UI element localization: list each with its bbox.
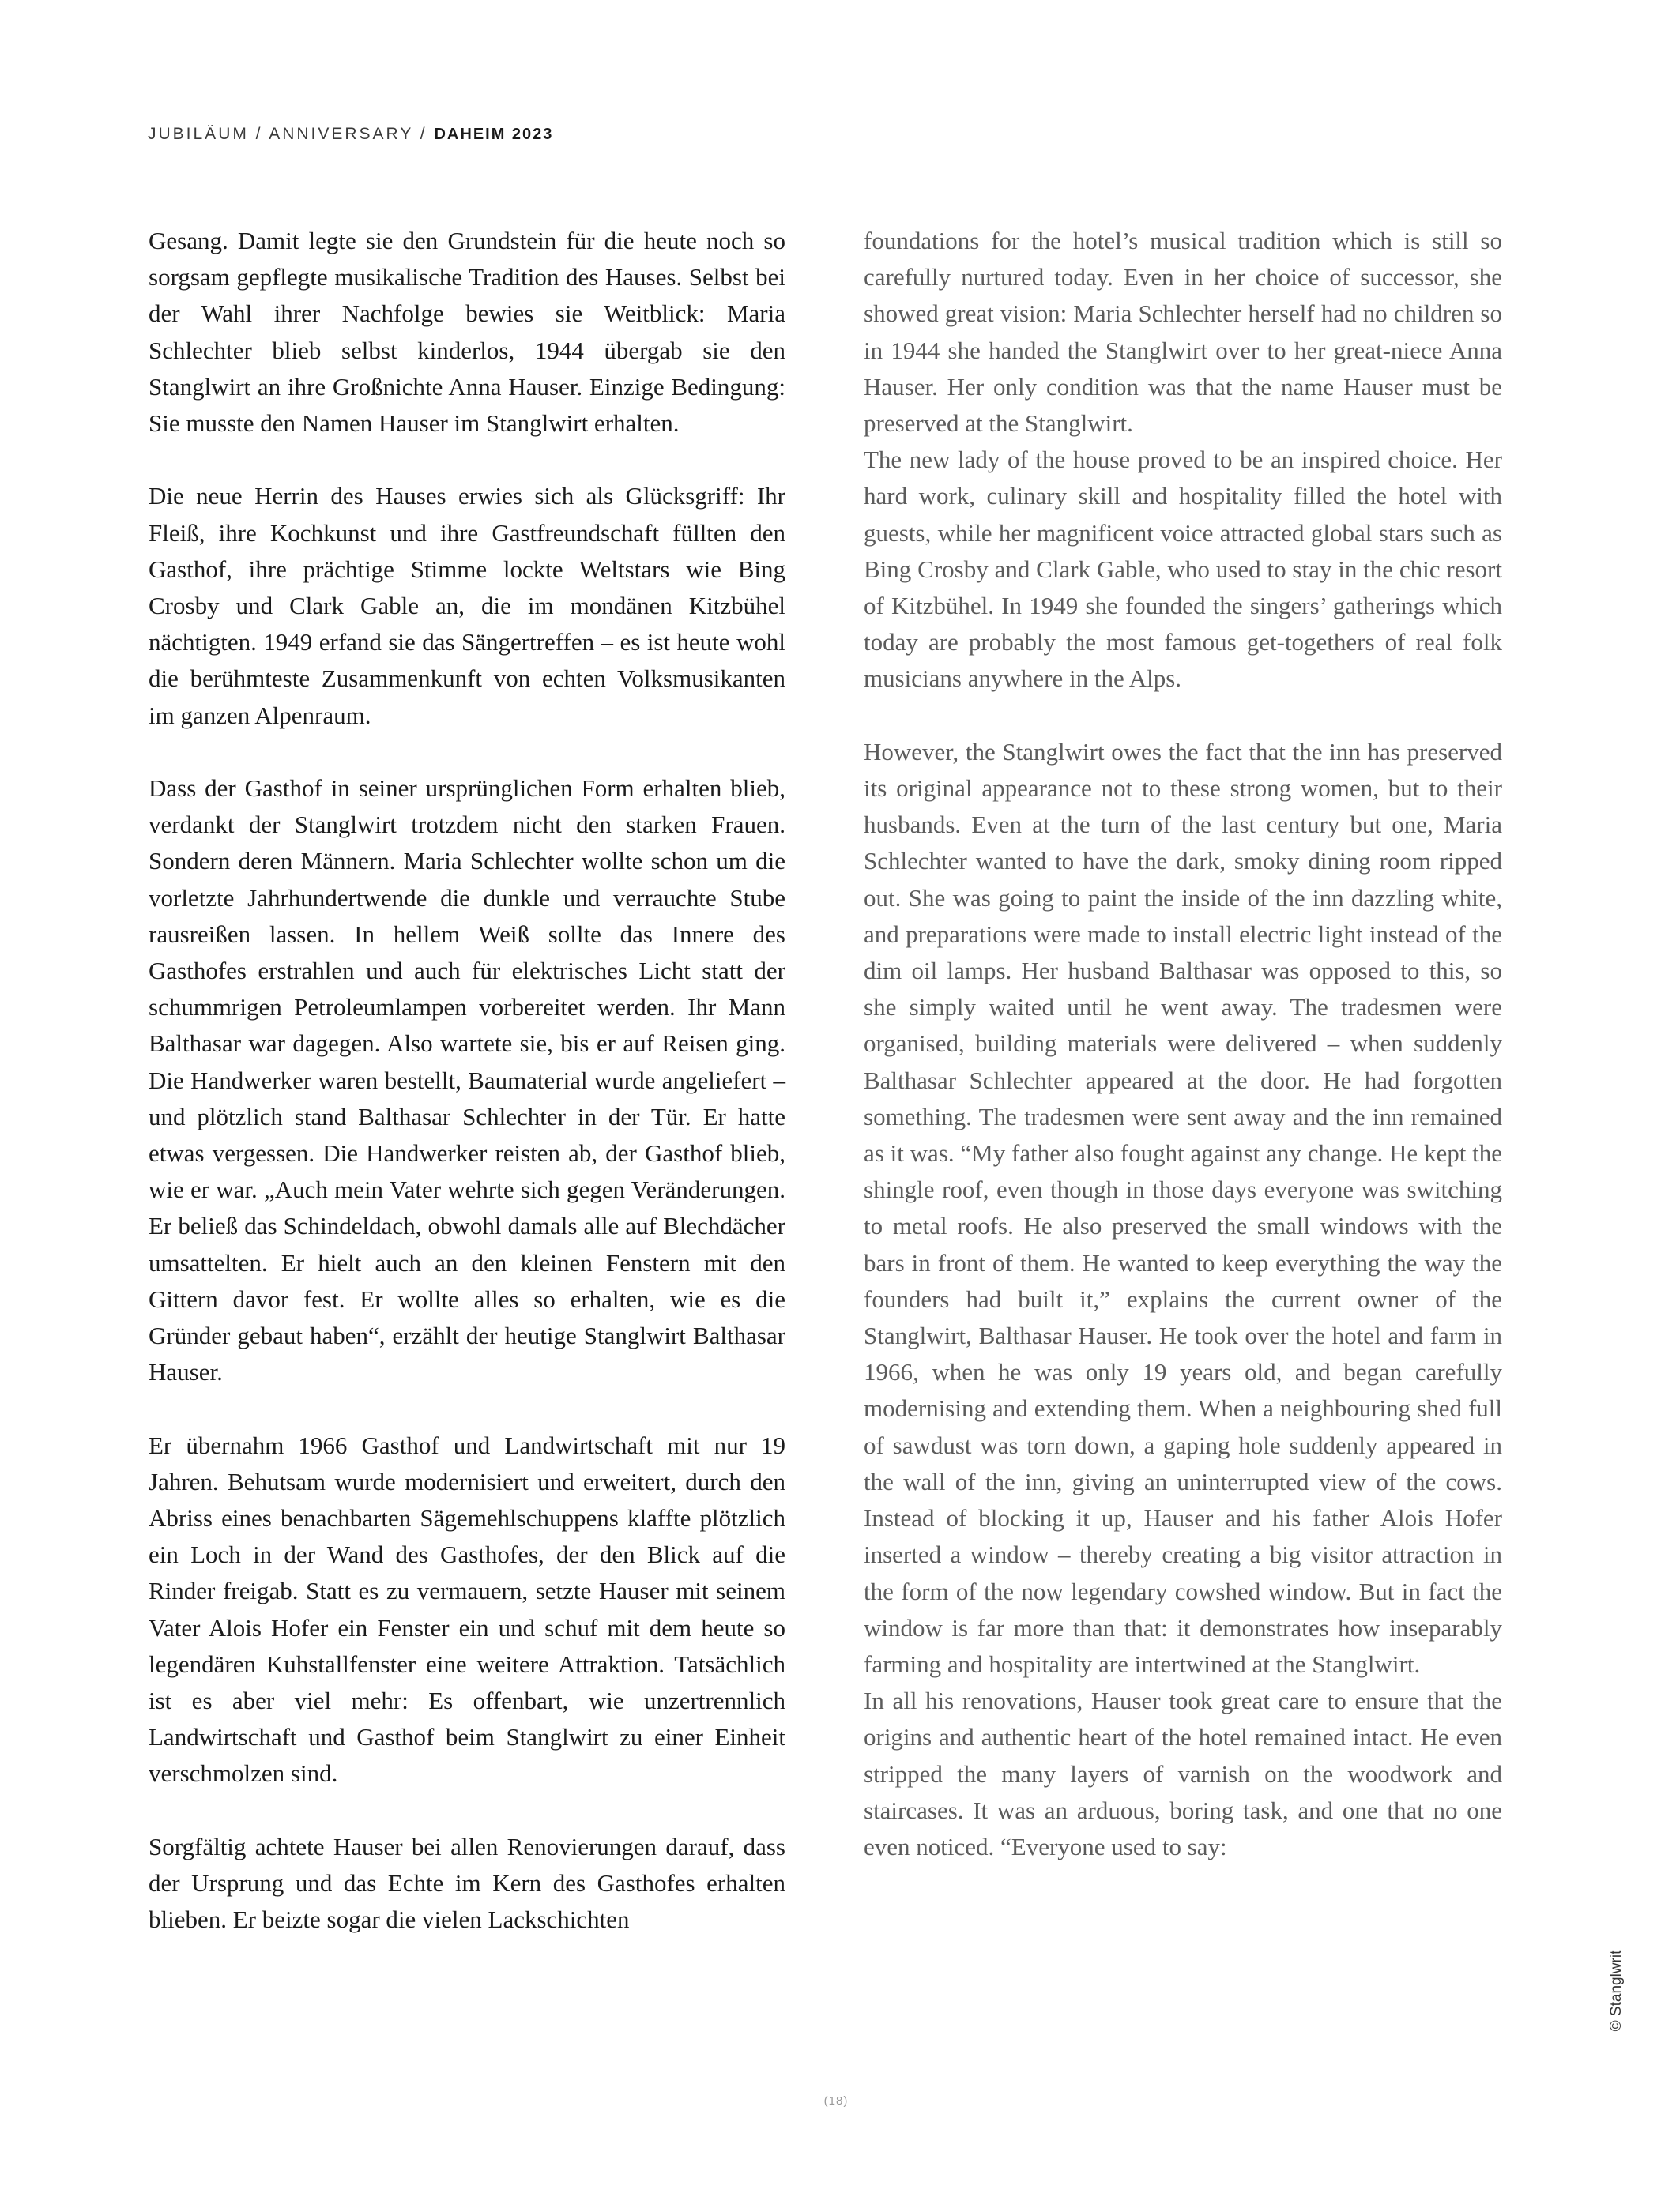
german-text-column: Gesang. Damit legte sie den Grundstein f… (149, 223, 785, 1938)
paragraph: foundations for the hotel’s musical trad… (864, 223, 1502, 442)
paragraph: Dass der Gasthof in seiner ursprüngliche… (149, 770, 785, 1390)
paragraph: Sorgfältig achtete Hauser bei allen Reno… (149, 1829, 785, 1939)
paragraph: Gesang. Damit legte sie den Grundstein f… (149, 223, 785, 442)
paragraph: Er übernahm 1966 Gasthof und Landwirtsch… (149, 1428, 785, 1793)
header-section-label: JUBILÄUM / ANNIVERSARY / (148, 125, 434, 143)
paragraph: In all his renovations, Hauser took grea… (864, 1683, 1502, 1865)
photo-copyright: © Stanglwrit (1608, 1951, 1625, 2032)
running-header: JUBILÄUM / ANNIVERSARY / DAHEIM 2023 (148, 125, 553, 144)
paragraph: Die neue Herrin des Hauses erwies sich a… (149, 478, 785, 733)
paragraph: The new lady of the house proved to be a… (864, 442, 1502, 697)
paragraph: However, the Stanglwirt owes the fact th… (864, 734, 1502, 1683)
page-number: (18) (814, 2094, 858, 2108)
header-publication-title: DAHEIM 2023 (434, 126, 553, 143)
english-text-column: foundations for the hotel’s musical trad… (864, 223, 1502, 1865)
